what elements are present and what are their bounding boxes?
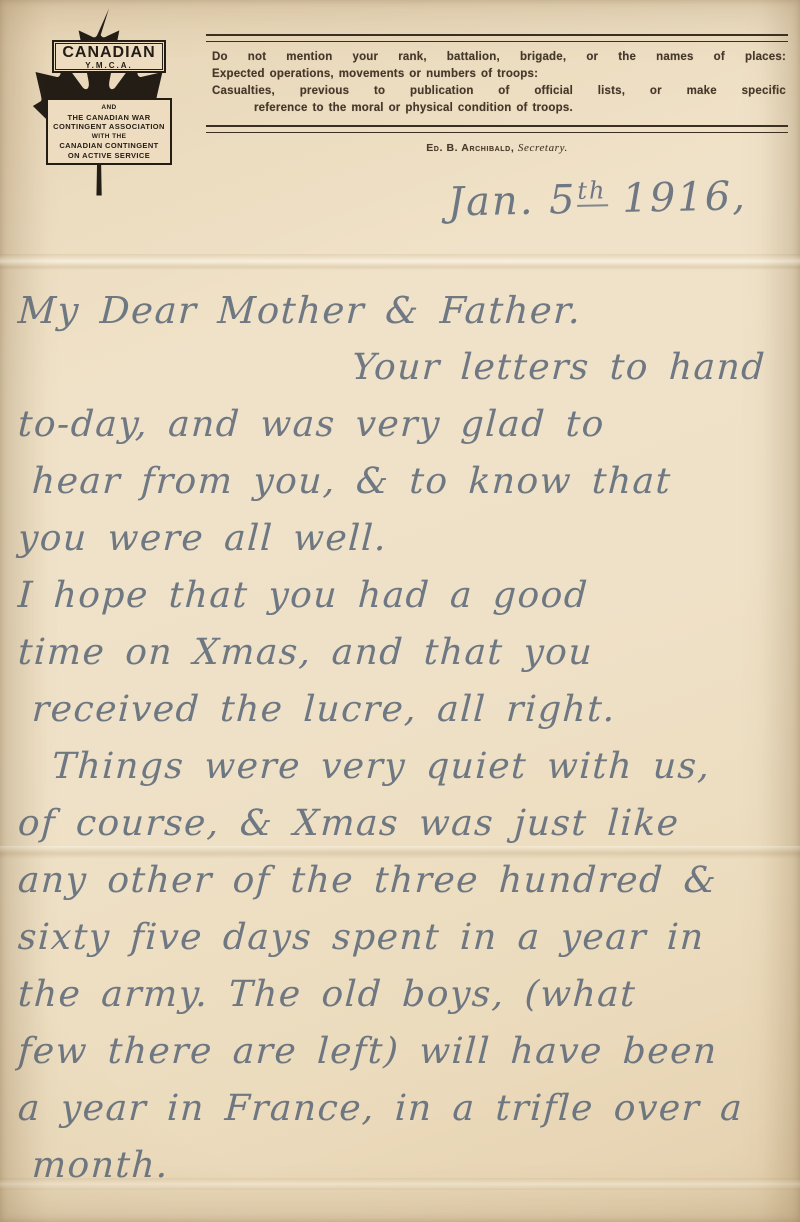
logo-assoc-line: WITH THE xyxy=(50,132,168,142)
body-line: month. xyxy=(0,1137,800,1194)
letter-page: CANADIAN Y.M.C.A. AND THE CANADIAN WAR C… xyxy=(0,0,800,1222)
body-line: hear from you, & to know that xyxy=(0,453,800,510)
date-day: Jan. 5 xyxy=(448,177,577,226)
censorship-notice: Do not mention your rank, battalion, bri… xyxy=(206,34,788,154)
salutation: My Dear Mother & Father. xyxy=(0,282,800,339)
secretary-line: Ed. B. Archibald, Secretary. xyxy=(206,142,788,154)
body-line: of course, & Xmas was just like xyxy=(0,795,800,852)
logo-assoc-line: AND xyxy=(50,103,168,113)
body-line: Things were very quiet with us, xyxy=(0,738,800,795)
body-line: Your letters to hand xyxy=(0,339,800,396)
secretary-name: Ed. B. Archibald, xyxy=(426,142,514,154)
body-line: I hope that you had a good xyxy=(0,567,800,624)
date-year: 1916, xyxy=(607,173,747,222)
ymca-logo: CANADIAN Y.M.C.A. AND THE CANADIAN WAR C… xyxy=(28,6,190,198)
notice-bottom-rule xyxy=(206,125,788,133)
notice-text: Do not mention your rank, battalion, bri… xyxy=(206,42,788,125)
body-line: you were all well. xyxy=(0,510,800,567)
logo-title: CANADIAN xyxy=(56,44,162,61)
notice-line: Do not mention your rank, battalion, bri… xyxy=(212,49,786,66)
logo-association-box: AND THE CANADIAN WAR CONTINGENT ASSOCIAT… xyxy=(46,98,172,165)
logo-assoc-line: ON ACTIVE SERVICE xyxy=(50,151,168,161)
logo-assoc-line: CONTINGENT ASSOCIATION xyxy=(50,122,168,132)
body-line: the army. The old boys, (what xyxy=(0,966,800,1023)
notice-line: Casualties, previous to publication of o… xyxy=(212,83,786,100)
body-line: to-day, and was very glad to xyxy=(0,396,800,453)
logo-title-box: CANADIAN Y.M.C.A. xyxy=(52,40,166,73)
letter-date: Jan. 5th 1916, xyxy=(448,172,789,225)
letter-body: My Dear Mother & Father. Your letters to… xyxy=(0,282,800,1194)
logo-subtitle: Y.M.C.A. xyxy=(56,61,162,70)
notice-top-rule xyxy=(206,34,788,42)
body-line: few there are left) will have been xyxy=(0,1023,800,1080)
notice-line: reference to the moral or physical condi… xyxy=(212,100,786,117)
body-line: a year in France, in a trifle over a xyxy=(0,1080,800,1137)
body-line: time on Xmas, and that you xyxy=(0,624,800,681)
notice-line: Expected operations, movements or number… xyxy=(212,66,786,83)
body-line: sixty five days spent in a year in xyxy=(0,909,800,966)
date-ordinal: th xyxy=(576,176,608,207)
fold-crease xyxy=(0,254,800,270)
logo-assoc-line: THE CANADIAN WAR xyxy=(50,113,168,123)
logo-assoc-line: CANADIAN CONTINGENT xyxy=(50,141,168,151)
body-line: received the lucre, all right. xyxy=(0,681,800,738)
secretary-title: Secretary. xyxy=(518,142,568,154)
body-line: any other of the three hundred & xyxy=(0,852,800,909)
